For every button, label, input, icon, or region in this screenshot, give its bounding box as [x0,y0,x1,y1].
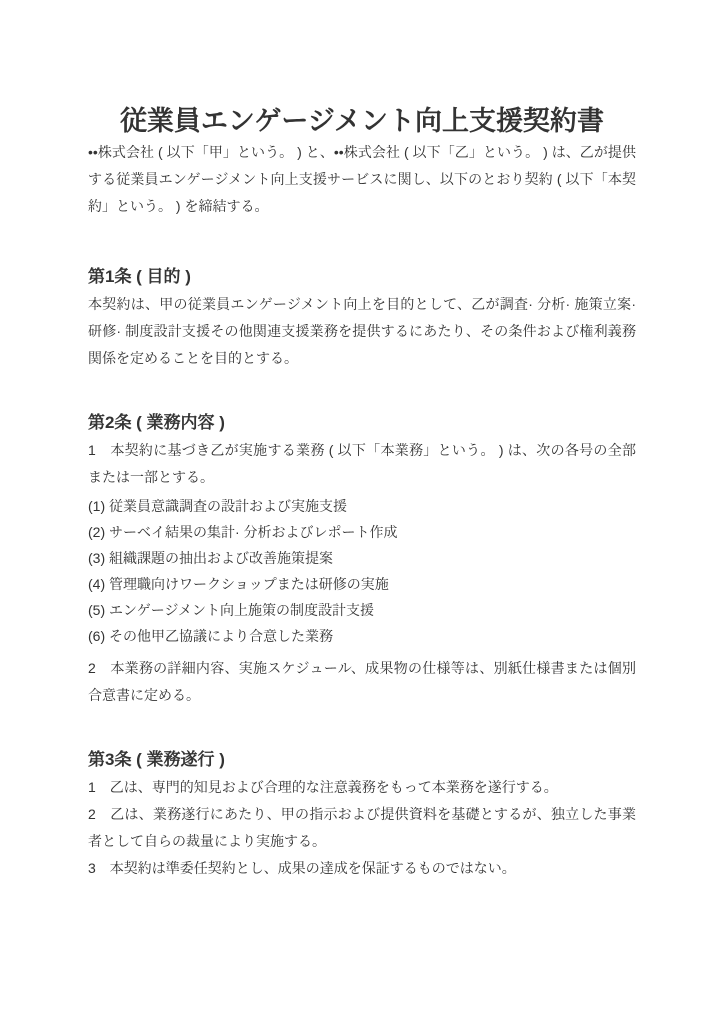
service-item-6: (6) その他甲乙協議により合意した業務 [88,623,636,649]
article-2-clause-1: 1 本契約に基づき乙が実施する業務 ( 以下「本業務」という。 ) は、次の各号… [88,437,636,491]
article-3-clause-3: 3 本契約は準委任契約とし、成果の達成を保証するものではない。 [88,855,636,882]
article-1-section: 第1条 ( 目的 ) 本契約は、甲の従業員エンゲージメント向上を目的として、乙が… [88,264,636,372]
service-item-list: (1) 従業員意識調査の設計および実施支援 (2) サーベイ結果の集計· 分析お… [88,493,636,649]
service-item-2: (2) サーベイ結果の集計· 分析およびレポート作成 [88,519,636,545]
article-3-heading: 第3条 ( 業務遂行 ) [88,747,636,773]
article-1-heading: 第1条 ( 目的 ) [88,264,636,290]
service-item-5: (5) エンゲージメント向上施策の制度設計支援 [88,597,636,623]
article-2-heading: 第2条 ( 業務内容 ) [88,410,636,436]
article-3-clause-2: 2 乙は、業務遂行にあたり、甲の指示および提供資料を基礎とするが、独立した事業者… [88,801,636,855]
service-item-3: (3) 組織課題の抽出および改善施策提案 [88,545,636,571]
article-2-section: 第2条 ( 業務内容 ) 1 本契約に基づき乙が実施する業務 ( 以下「本業務」… [88,410,636,709]
service-item-1: (1) 従業員意識調査の設計および実施支援 [88,493,636,519]
article-1-paragraph: 本契約は、甲の従業員エンゲージメント向上を目的として、乙が調査· 分析· 施策立… [88,291,636,372]
article-2-clause-2: 2 本業務の詳細内容、実施スケジュール、成果物の仕様等は、別紙仕様書または個別合… [88,655,636,709]
intro-paragraph: ••株式会社 ( 以下「甲」という。 ) と、••株式会社 ( 以下「乙」という… [88,139,636,220]
document-title: 従業員エンゲージメント向上支援契約書 [88,104,636,139]
contract-document-page: 従業員エンゲージメント向上支援契約書 ••株式会社 ( 以下「甲」という。 ) … [0,0,724,1024]
service-item-4: (4) 管理職向けワークショップまたは研修の実施 [88,571,636,597]
article-3-clause-1: 1 乙は、専門的知見および合理的な注意義務をもって本業務を遂行する。 [88,774,636,801]
article-3-section: 第3条 ( 業務遂行 ) 1 乙は、専門的知見および合理的な注意義務をもって本業… [88,747,636,882]
